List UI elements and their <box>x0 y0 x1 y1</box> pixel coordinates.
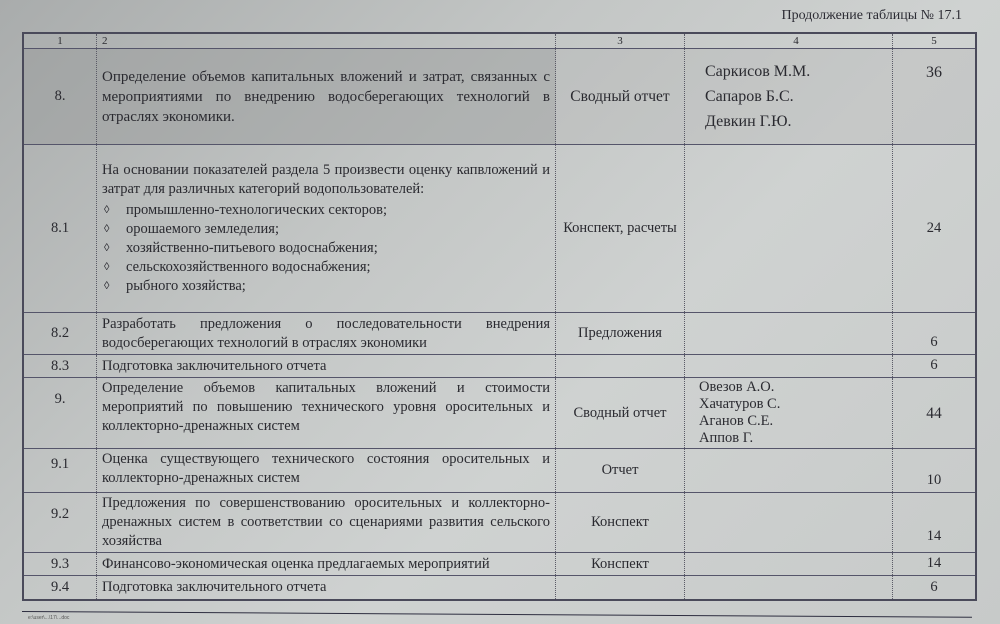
row-executors <box>685 553 893 576</box>
table-row: 9.3 Финансово-экономическая оценка предл… <box>23 553 976 576</box>
row-executors <box>685 493 893 553</box>
row-number: 9.3 <box>23 553 97 576</box>
executor-name: Аппов Г. <box>699 430 887 447</box>
table-row: 8.1 На основании показателей раздела 5 п… <box>23 145 976 313</box>
row-number: 8.2 <box>23 313 97 355</box>
row-document <box>556 355 685 378</box>
header-col-3: 3 <box>556 33 685 49</box>
row-value: 24 <box>893 145 977 313</box>
row-document: Сводный отчет <box>556 49 685 145</box>
row-executors <box>685 576 893 600</box>
header-col-5: 5 <box>893 33 977 49</box>
row-document: Конспект <box>556 493 685 553</box>
row-document: Отчет <box>556 449 685 493</box>
diamond-bullet-icon: ◊ <box>104 201 114 220</box>
row-document: Предложения <box>556 313 685 355</box>
diamond-bullet-icon: ◊ <box>104 220 114 239</box>
row-executors: Саркисов М.М. Сапаров Б.С. Девкин Г.Ю. <box>685 49 893 145</box>
footer-file-path: e:\user\...\17\...doc <box>28 615 69 621</box>
row-number: 9.1 <box>23 449 97 493</box>
list-item: ◊хозяйственно-питьевого водоснабжения; <box>102 239 550 258</box>
row-value: 36 <box>893 49 977 145</box>
executor-name: Сапаров Б.С. <box>705 84 887 109</box>
row-value: 6 <box>893 576 977 600</box>
row-number: 9.2 <box>23 493 97 553</box>
diamond-bullet-icon: ◊ <box>104 258 114 277</box>
row-executors: Овезов А.О. Хачатуров С. Аганов С.Е. Апп… <box>685 378 893 449</box>
diamond-bullet-icon: ◊ <box>104 239 114 258</box>
table-row: 9.1 Оценка существующего технического со… <box>23 449 976 493</box>
row-value: 14 <box>893 493 977 553</box>
row-description: На основании показателей раздела 5 произ… <box>97 145 556 313</box>
diamond-bullet-icon: ◊ <box>104 277 114 296</box>
row-value: 6 <box>893 313 977 355</box>
table-row: 8. Определение объемов капитальных вложе… <box>23 49 976 145</box>
row-description: Финансово-экономическая оценка предлагае… <box>97 553 556 576</box>
row-description: Определение объемов капитальных вложений… <box>97 378 556 449</box>
row-number: 9. <box>23 378 97 449</box>
row-document <box>556 576 685 600</box>
table-header-row: 1 2 3 4 5 <box>23 33 976 49</box>
table-row: 9. Определение объемов капитальных вложе… <box>23 378 976 449</box>
table-row: 8.3 Подготовка заключительного отчета 6 <box>23 355 976 378</box>
executor-name: Девкин Г.Ю. <box>705 109 887 134</box>
list-item: ◊орошаемого земледелия; <box>102 220 550 239</box>
footer-divider <box>22 611 972 618</box>
list-item: ◊рыбного хозяйства; <box>102 277 550 296</box>
executor-name: Овезов А.О. <box>699 379 887 396</box>
row-description: Предложения по совершенствованию оросите… <box>97 493 556 553</box>
row-description: Подготовка заключительного отчета <box>97 355 556 378</box>
row-number: 9.4 <box>23 576 97 600</box>
work-plan-table: 1 2 3 4 5 8. Определение объемов капитал… <box>22 32 977 601</box>
row-executors <box>685 355 893 378</box>
header-col-2: 2 <box>97 33 556 49</box>
row-description: Определение объемов капитальных вложений… <box>97 49 556 145</box>
row-number: 8.1 <box>23 145 97 313</box>
row-description: Оценка существующего технического состоя… <box>97 449 556 493</box>
table-row: 9.4 Подготовка заключительного отчета 6 <box>23 576 976 600</box>
row-number: 8.3 <box>23 355 97 378</box>
table-row: 9.2 Предложения по совершенствованию оро… <box>23 493 976 553</box>
row-number: 8. <box>23 49 97 145</box>
header-col-4: 4 <box>685 33 893 49</box>
row-document: Сводный отчет <box>556 378 685 449</box>
row-value: 44 <box>893 378 977 449</box>
row-value: 10 <box>893 449 977 493</box>
list-item: ◊промышленно-технологических секторов; <box>102 201 550 220</box>
row-executors <box>685 145 893 313</box>
row-executors <box>685 313 893 355</box>
executor-name: Аганов С.Е. <box>699 413 887 430</box>
row-document: Конспект <box>556 553 685 576</box>
row-description: Разработать предложения о последовательн… <box>97 313 556 355</box>
row-value: 14 <box>893 553 977 576</box>
executor-name: Хачатуров С. <box>699 396 887 413</box>
table-row: 8.2 Разработать предложения о последоват… <box>23 313 976 355</box>
table-caption: Продолжение таблицы № 17.1 <box>781 8 962 24</box>
executor-name: Саркисов М.М. <box>705 59 887 84</box>
row-description: Подготовка заключительного отчета <box>97 576 556 600</box>
row-description-text: На основании показателей раздела 5 произ… <box>102 161 550 199</box>
list-item: ◊сельскохозяйственного водоснабжения; <box>102 258 550 277</box>
header-col-1: 1 <box>23 33 97 49</box>
row-executors <box>685 449 893 493</box>
row-value: 6 <box>893 355 977 378</box>
row-document: Конспект, расчеты <box>556 145 685 313</box>
